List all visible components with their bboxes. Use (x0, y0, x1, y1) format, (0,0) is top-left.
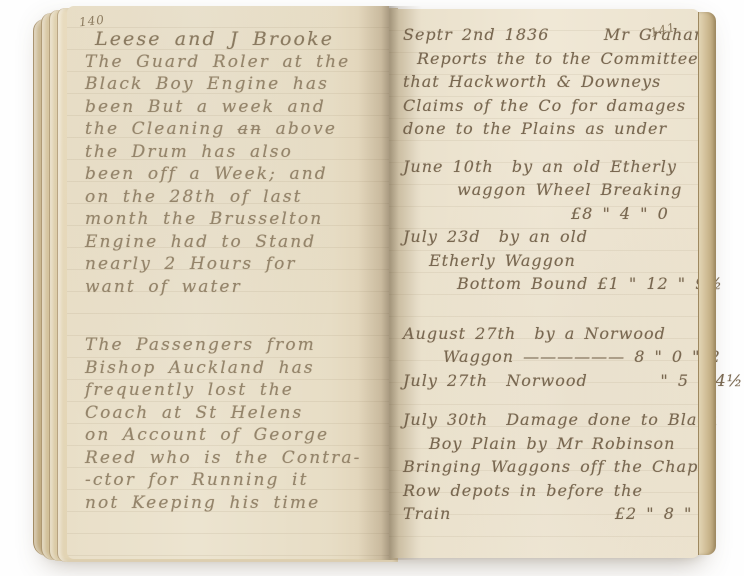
handwritten-line: nearly 2 Hours for (85, 253, 381, 276)
handwritten-line: frequently lost the (85, 379, 381, 402)
handwritten-line: on the 28th of last (85, 186, 381, 209)
handwritten-line: Septr 2nd 1836 Mr Graham (403, 23, 697, 47)
left-page: 140 Leese and J Brooke The Guard Roler a… (67, 6, 389, 559)
left-page-paragraph: Leese and J Brooke The Guard Roler at th… (85, 28, 381, 298)
handwritten-line: month the Brusselton (85, 208, 381, 231)
handwritten-line: waggon Wheel Breaking (457, 178, 697, 202)
handwritten-line: August 27th by a Norwood (403, 322, 697, 346)
left-page-paragraph: The Passengers from Bishop Auckland has … (85, 334, 381, 514)
handwritten-line: the Drum has also (85, 141, 381, 164)
handwritten-line: June 10th by an old Etherly (403, 155, 697, 179)
handwritten-line: been off a Week; and (85, 163, 381, 186)
handwritten-amount: Bottom Bound £1 " 12 " 9½ (457, 272, 697, 296)
photo-backdrop: 140 Leese and J Brooke The Guard Roler a… (0, 0, 744, 576)
left-page-text: Leese and J Brooke The Guard Roler at th… (85, 28, 381, 514)
handwritten-line: Bishop Auckland has (85, 357, 381, 380)
handwritten-line: Engine had to Stand (85, 231, 381, 254)
handwritten-line: Leese and J Brooke (95, 28, 381, 51)
handwritten-line: Bringing Waggons off the Chaple (403, 455, 697, 479)
damage-claim-entry: July 30th Damage done to Black Boy Plain… (403, 408, 697, 526)
left-page-number: 140 (78, 13, 105, 30)
handwritten-line: Boy Plain by Mr Robinson (429, 432, 697, 456)
notebook: 140 Leese and J Brooke The Guard Roler a… (0, 0, 744, 576)
handwritten-line: Reports the to the Committee (417, 47, 697, 71)
handwritten-line: the Cleaning a̶n̶ above (85, 118, 381, 141)
report-heading-paragraph: Septr 2nd 1836 Mr Graham Reports the to … (403, 23, 697, 141)
handwritten-line: on Account of George (85, 424, 381, 447)
handwritten-amount: Train £2 " 8 " 9 (403, 502, 697, 526)
handwritten-amount: Waggon —————— 8 " 0 " 2 (443, 345, 697, 369)
handwritten-line: done to the Plains as under (403, 117, 697, 141)
handwritten-amount: July 27th Norwood " 5 " 4½ (403, 369, 697, 393)
handwritten-amount: £8 " 4 " 0 (571, 202, 697, 226)
handwritten-line: Etherly Waggon (429, 249, 697, 273)
handwritten-line: -ctor for Running it (85, 469, 381, 492)
handwritten-line: Coach at St Helens (85, 402, 381, 425)
handwritten-line: Row depots in before the (403, 479, 697, 503)
page-edge-right (698, 12, 716, 555)
handwritten-line: Black Boy Engine has (85, 73, 381, 96)
handwritten-line: been But a week and (85, 96, 381, 119)
damage-claim-entry: June 10th by an old Etherly waggon Wheel… (403, 155, 697, 296)
damage-claim-entry: August 27th by a Norwood Waggon —————— 8… (403, 322, 697, 393)
handwritten-line: Claims of the Co for damages (403, 94, 697, 118)
handwritten-line: The Passengers from (85, 334, 381, 357)
handwritten-line: Reed who is the Contra- (85, 447, 381, 470)
handwritten-line: The Guard Roler at the (85, 51, 381, 74)
handwritten-line: not Keeping his time (85, 492, 381, 515)
handwritten-line: July 23d by an old (403, 225, 697, 249)
handwritten-line: July 30th Damage done to Black (403, 408, 697, 432)
right-page-text: Septr 2nd 1836 Mr Graham Reports the to … (403, 23, 697, 526)
right-page: 141 Septr 2nd 1836 Mr Graham Reports the… (389, 9, 700, 558)
handwritten-line: that Hackworth & Downeys (403, 70, 697, 94)
handwritten-line: want of water (85, 276, 381, 299)
